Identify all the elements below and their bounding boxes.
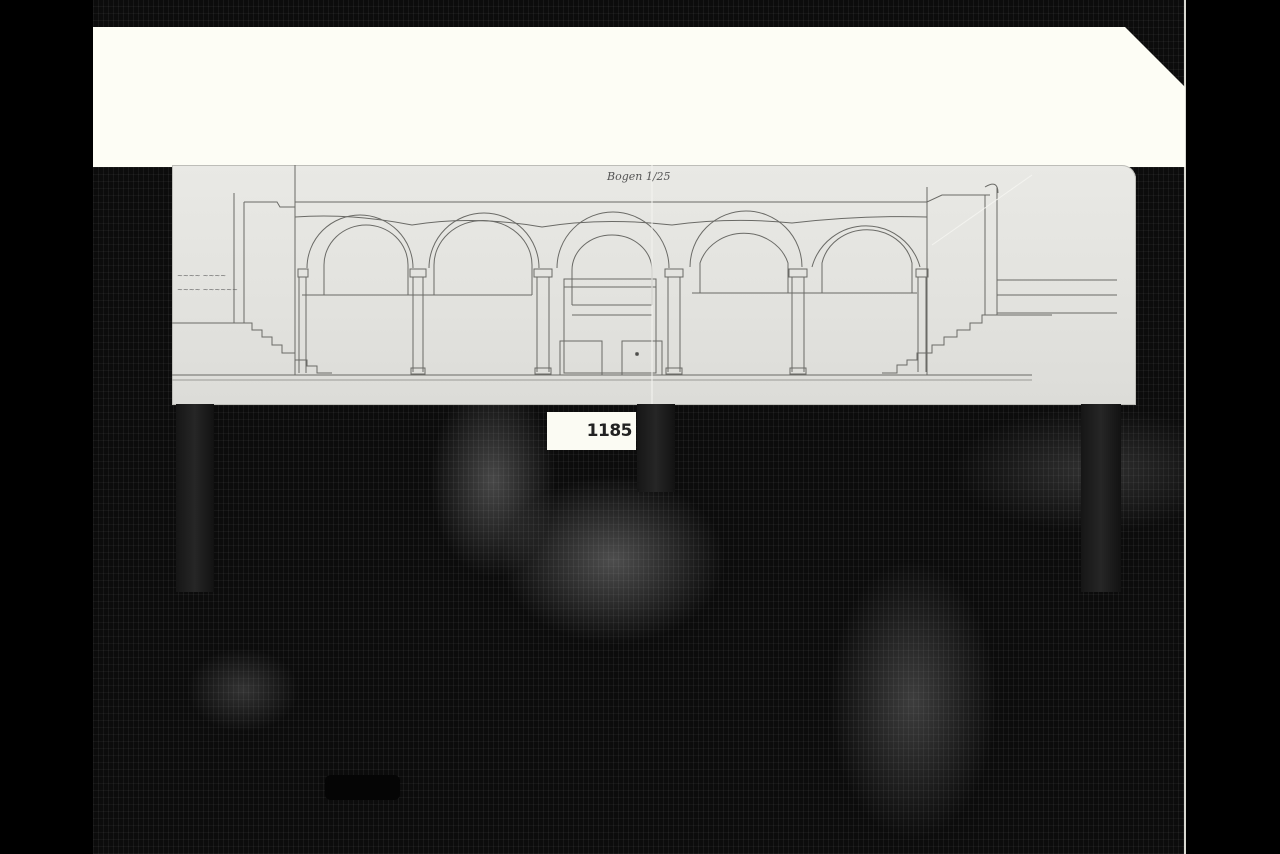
catalog-number-label: 1185 <box>547 412 636 450</box>
dark-stain <box>325 775 400 800</box>
sheet-annotation: Bogen 1/25 <box>607 170 671 183</box>
mounting-tab-center <box>637 404 675 492</box>
catalog-number: 1185 <box>587 421 632 441</box>
mounting-tab-right <box>1081 404 1121 592</box>
redaction-strip <box>93 27 1185 167</box>
side-annotation-line: ~~~~ ~~~~ <box>177 269 238 283</box>
side-annotation: ~~~~ ~~~~ ~~~~ ~~~~~~ <box>177 269 238 297</box>
mounting-tab-left <box>176 404 214 592</box>
drawing-sheet: Bogen 1/25 ~~~~ ~~~~ ~~~~ ~~~~~~ <box>172 165 1136 405</box>
architectural-section-drawing <box>172 165 1136 405</box>
side-annotation-line: ~~~~ ~~~~~~ <box>177 283 238 297</box>
